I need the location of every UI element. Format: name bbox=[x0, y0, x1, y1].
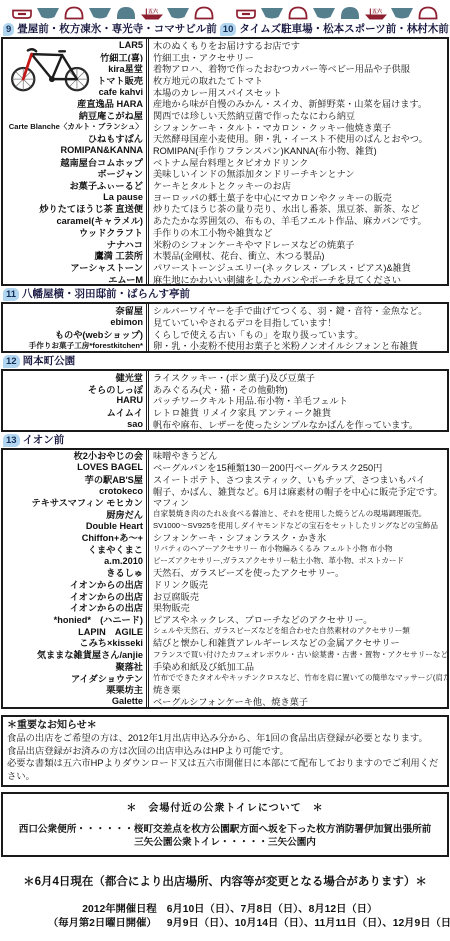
shop-name: 竹細工(喜) bbox=[3, 51, 149, 63]
shop-name: くまやくまこ bbox=[3, 543, 149, 555]
svg-text:五六: 五六 bbox=[148, 8, 159, 15]
shop-row: くまやくまこリバティのヘアーアクセサリー 布小物編みくるみ フェルト小物 布小物 bbox=[3, 543, 447, 555]
shop-name: crotokeco bbox=[3, 485, 149, 497]
shop-name: LOVES BAGEL bbox=[3, 461, 149, 473]
shop-name: *honied* (ハニード) bbox=[3, 613, 149, 625]
gorokuichi-boat-icon: 五六 bbox=[364, 4, 388, 21]
section-header: 9畳屋前・枚方凍氷・専光寺・コマサビル前10タイムズ駐車場・松本スポーツ前・林村… bbox=[3, 23, 450, 36]
section-title: 岡本町公園 bbox=[23, 355, 76, 368]
shop-table: 健光堂ライスクッキー・(ポン菓子)及び豆菓子そらのしっぽあみぐるみ(犬・猫・その… bbox=[1, 369, 449, 431]
section-number-badge: 9 bbox=[3, 23, 14, 36]
schedule-label: （毎月第2日曜日開催） bbox=[48, 917, 157, 931]
shop-table: LAR5木のぬくもりをお届けするお店です竹細工(喜)竹細工虫・アクセサリーkir… bbox=[1, 37, 449, 286]
shop-name: 奈留屋 bbox=[3, 304, 149, 316]
shop-name: a.m.2010 bbox=[3, 555, 149, 567]
bowl-pottery-icon bbox=[260, 4, 284, 21]
shop-name: HARU bbox=[3, 395, 149, 407]
shop-description: 結びと懐かし和雑貨アレルギーレスなどの金属アクセサリー bbox=[149, 635, 447, 649]
shop-name: そらのしっぽ bbox=[3, 383, 149, 395]
bowl-pottery-icon bbox=[88, 4, 112, 21]
shop-name: cafe kahvi bbox=[3, 86, 149, 98]
notice-line: 食品の出店をご希望の方は、2012年1月出店申込み分から、年1回の食品出店登録が… bbox=[7, 732, 443, 745]
shop-name: アイダショウテン bbox=[3, 672, 149, 684]
shop-name: sao bbox=[3, 418, 149, 430]
notice-title: ＊重要なお知らせ＊ bbox=[7, 720, 443, 733]
dome-pottery-icon bbox=[286, 4, 310, 21]
shop-name: ebimon bbox=[3, 316, 149, 328]
section-header: 11八幡屋横・羽田邸前・ばらんす亭前 bbox=[3, 288, 450, 301]
shop-name: アーシャストーン bbox=[3, 261, 149, 273]
shop-name: 炒りたてほうじ茶 直送便 bbox=[3, 203, 149, 215]
shop-name: イオンからの出店 bbox=[3, 578, 149, 590]
vendor-sections: 9畳屋前・枚方凍氷・専光寺・コマサビル前10タイムズ駐車場・松本スポーツ前・林村… bbox=[0, 23, 450, 709]
shop-description: ピアスやネックレス、ブローチなどのアクセサリー。 bbox=[149, 612, 447, 626]
shop-name: kira星堂 bbox=[3, 62, 149, 74]
gorokuichi-vendor-flyer: 五六五六 9畳屋前・枚方凍氷・専光寺・コマサビル前10タイムズ駐車場・松本スポー… bbox=[0, 0, 450, 931]
shop-name: イオンからの出店 bbox=[3, 590, 149, 602]
shop-description: リバティのヘアーアクセサリー 布小物編みくるみ フェルト小物 布小物 bbox=[149, 543, 447, 554]
shop-row: 聚落社手染め和紙及び紙加工品 bbox=[3, 660, 447, 672]
dome-fill-pottery-icon bbox=[338, 4, 362, 21]
gorokuichi-boat-icon: 五六 bbox=[140, 4, 164, 21]
section-number-badge: 11 bbox=[3, 288, 19, 301]
schedule-dates: 6月10日（日）、7月8日（日）、8月12日（日） bbox=[167, 903, 450, 917]
shop-name: La pause bbox=[3, 191, 149, 203]
notice-line: 食品出店登録がお済みの方は次回の出店申込みはHPより可能です。 bbox=[7, 745, 443, 758]
dome-pottery-icon bbox=[62, 4, 86, 21]
shop-name: 鷹満 工芸所 bbox=[3, 249, 149, 261]
shop-name: テキサスマフィン モヒカン bbox=[3, 496, 149, 508]
shop-name: 気ままな雑貨屋さん/anjie bbox=[3, 648, 149, 660]
shop-name: ひねもすぱん bbox=[3, 133, 149, 145]
bowl-pottery-icon bbox=[312, 4, 336, 21]
shop-row: 手作りお菓子工房*forestkitchen*卵・乳・小麦粉不使用お菓子と米粉ノ… bbox=[3, 340, 447, 352]
shop-name: イオンからの出店 bbox=[3, 602, 149, 614]
shop-name: 越南屋台コムホップ bbox=[3, 156, 149, 168]
section-header: 12岡本町公園 bbox=[3, 355, 450, 368]
shop-name: ものや(webショップ) bbox=[3, 328, 149, 340]
shop-name: 厨房だん bbox=[3, 508, 149, 520]
shop-description: マフィン bbox=[149, 495, 447, 509]
schedule-label: 2012年開催日程 bbox=[48, 903, 157, 917]
shop-description: 手染め和紙及び紙加工品 bbox=[149, 659, 447, 673]
shop-name: お菓子ふぃーるど bbox=[3, 179, 149, 191]
shop-row: Galetteベーグルシフォンケーキ他、焼き菓子 bbox=[3, 695, 447, 707]
section-header: 13イオン前 bbox=[3, 434, 450, 447]
shop-description: シフォンケーキ・シフォンラスク・かき氷 bbox=[149, 530, 447, 544]
shop-name: Galette bbox=[3, 695, 149, 707]
shop-description: 自家製焼き肉のたれ＆食べる醤油と、それを使用した焼うどんの現場調理販売。 bbox=[149, 508, 447, 519]
important-notice-box: ＊重要なお知らせ＊ 食品の出店をご希望の方は、2012年1月出店申込み分から、年… bbox=[1, 715, 449, 788]
pottery-icon-strip: 五六五六 bbox=[0, 3, 450, 21]
shop-description: ベーグルシフォンケーキ他、焼き菓子 bbox=[149, 694, 447, 708]
bowl-pottery-icon bbox=[36, 4, 60, 21]
shop-description: 麻生地にかわいい刺繍をしたカバンやポーチを見てください bbox=[149, 272, 447, 286]
shop-description: 帆布や麻布、レザーを使ったシンプルなかばんを作っています。 bbox=[149, 417, 447, 431]
shop-name: caramel(キャラメル) bbox=[3, 214, 149, 226]
section-title: タイムズ駐車場・松本スポーツ前・林村木前 bbox=[239, 23, 448, 36]
shop-name: 納豆庵こがね屋 bbox=[3, 109, 149, 121]
shop-row: *honied* (ハニード)ピアスやネックレス、ブローチなどのアクセサリー。 bbox=[3, 613, 447, 625]
shop-row: テキサスマフィン モヒカンマフィン bbox=[3, 496, 447, 508]
schedule-dates: 9月9日（日）、10月14日（日）、11月11日（日）、12月9日（日） bbox=[167, 917, 450, 931]
dome-fill-pottery-icon bbox=[114, 4, 138, 21]
svg-text:五六: 五六 bbox=[372, 8, 383, 15]
dome-pottery-icon bbox=[192, 4, 216, 21]
shop-name: ウッドクラフト bbox=[3, 226, 149, 238]
pot-pottery-icon bbox=[234, 4, 258, 21]
bowl-pottery-icon bbox=[390, 4, 414, 21]
section-number-badge: 10 bbox=[220, 23, 237, 36]
shop-name: Chiffon+あ〜+ bbox=[3, 531, 149, 543]
shop-name: Carte Blanche〈カルト・ブランシュ〉 bbox=[3, 121, 149, 133]
shop-name: ムイムイ bbox=[3, 406, 149, 418]
shop-name: ROMIPAN&KANNA bbox=[3, 144, 149, 156]
toilet-info-line: 三矢公園公衆トイレ・・・・・三矢公園内 bbox=[5, 836, 445, 849]
shop-row: こみち×kisseki結びと懐かし和雑貨アレルギーレスなどの金属アクセサリー bbox=[3, 637, 447, 649]
as-of-note: ＊6月4日現在（都合により出店場所、内容等が変更となる場合があります）＊ bbox=[0, 873, 450, 889]
section-title: 畳屋前・枚方凍氷・専光寺・コマサビル前 bbox=[17, 23, 217, 36]
notice-line: 必要な書類は五六市HPよりダウンロード又は五六市開催日に本部にて配布しております… bbox=[7, 757, 443, 782]
pot-pottery-icon bbox=[10, 4, 34, 21]
section-number-badge: 13 bbox=[3, 434, 20, 447]
toilet-info-box: ＊ 会場付近の公衆トイレについて ＊ 西口公衆便所・・・・・・桜町交差点を枚方公… bbox=[1, 792, 449, 857]
shop-name: LAPIN AGILE bbox=[3, 625, 149, 637]
shop-name: 芋の駅AB'S屋 bbox=[3, 473, 149, 485]
shop-description: 卵・乳・小麦粉不使用お菓子と米粉ノンオイルシフォンと布雑貨 bbox=[149, 338, 447, 352]
schedule-2012: 2012年開催日程 6月10日（日）、7月8日（日）、8月12日（日） （毎月第… bbox=[48, 903, 450, 931]
shop-name: 枚2小おやじの会 bbox=[3, 450, 149, 462]
shop-name: 栗栗坊主 bbox=[3, 683, 149, 695]
shop-name: ナナハコ bbox=[3, 238, 149, 250]
shop-table: 奈留屋シルバーワイヤーを手で曲げてつくる、羽・鍵・音符・金魚など。ebimon見… bbox=[1, 302, 449, 353]
shop-name: トマト販売 bbox=[3, 74, 149, 86]
shop-row: エムーM麻生地にかわいい刺繍をしたカバンやポーチを見てください bbox=[3, 273, 447, 285]
shop-name: 産直逸品 HARA bbox=[3, 97, 149, 109]
shop-name: 聚落社 bbox=[3, 660, 149, 672]
shop-name: Double Heart bbox=[3, 520, 149, 532]
section-title: 八幡屋横・羽田邸前・ばらんす亭前 bbox=[22, 288, 190, 301]
bowl-pottery-icon bbox=[166, 4, 190, 21]
shop-name: 手作りお菓子工房*forestkitchen* bbox=[3, 340, 149, 352]
toilet-info-title: ＊ 会場付近の公衆トイレについて ＊ bbox=[5, 799, 445, 814]
section-title: イオン前 bbox=[23, 434, 65, 447]
shop-row: Chiffon+あ〜+シフォンケーキ・シフォンラスク・かき氷 bbox=[3, 531, 447, 543]
section-number-badge: 12 bbox=[3, 355, 20, 368]
shop-name: こみち×kisseki bbox=[3, 637, 149, 649]
shop-row: sao帆布や麻布、レザーを使ったシンプルなかばんを作っています。 bbox=[3, 418, 447, 430]
shop-name: ボージャン bbox=[3, 168, 149, 180]
shop-name: 健光堂 bbox=[3, 371, 149, 383]
icon-gap bbox=[218, 4, 232, 21]
shop-name: エムーM bbox=[3, 273, 149, 285]
shop-name: LAR5 bbox=[3, 39, 149, 51]
shop-name: きるしゅ bbox=[3, 567, 149, 579]
shop-table: 枚2小おやじの会味噌やきうどんLOVES BAGELベーグルパンを15種類130… bbox=[1, 448, 449, 709]
dome-pottery-icon bbox=[416, 4, 440, 21]
toilet-info-line: 西口公衆便所・・・・・・桜町交差点を枚方公園駅方面へ坂を下った枚方消防署伊加賀出… bbox=[5, 823, 445, 836]
shop-row: 厨房だん自家製焼き肉のたれ＆食べる醤油と、それを使用した焼うどんの現場調理販売。 bbox=[3, 508, 447, 520]
